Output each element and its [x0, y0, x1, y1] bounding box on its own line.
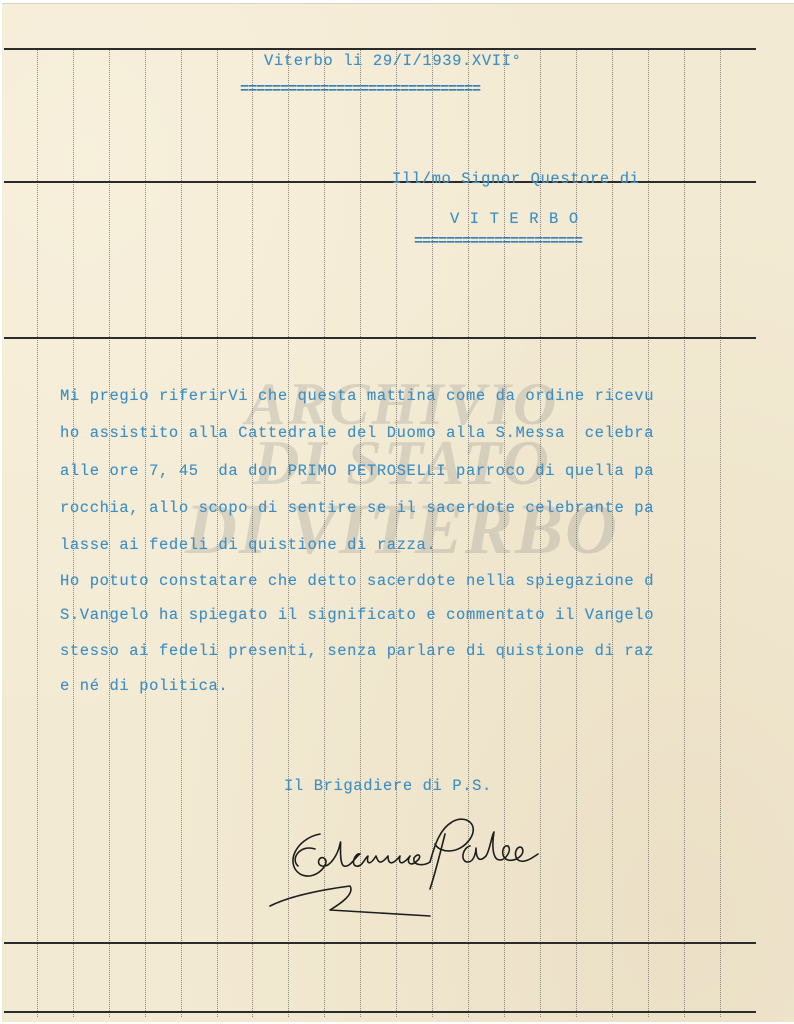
horizontal-rule: [4, 181, 756, 183]
document-page: ARCHIVIO DI STATO DI VITERBO Viterbo li …: [2, 3, 794, 1022]
body-line: lasse ai fedeli di quistione di razza.: [60, 536, 436, 554]
addressee-underline: =====================: [414, 233, 582, 250]
body-line: Ho potuto constatare che detto sacerdote…: [60, 572, 654, 590]
body-line: stesso ai fedeli presenti, senza parlare…: [60, 642, 654, 660]
handwritten-signature: [260, 804, 620, 954]
body-line: S.Vangelo ha spiegato il significato e c…: [60, 606, 654, 624]
horizontal-rule: [4, 1011, 756, 1013]
date-line: Viterbo li 29/I/1939.XVII°: [264, 52, 521, 70]
addressee-line-1: Ill/mo Signor Questore di: [392, 170, 640, 188]
horizontal-rule: [4, 48, 756, 50]
body-line: rocchia, allo scopo di sentire se il sac…: [60, 499, 654, 517]
horizontal-rule: [4, 337, 756, 339]
date-underline: ==============================: [240, 81, 480, 98]
addressee-city: V I T E R B O: [450, 210, 579, 228]
body-line: e né di politica.: [60, 677, 228, 695]
body-line: Mi pregio riferirVi che questa mattina c…: [60, 387, 654, 405]
body-line: alle ore 7, 45 da don PRIMO PETROSELLI p…: [60, 462, 654, 480]
vertical-rule: [37, 49, 38, 1017]
signatory-title: Il Brigadiere di P.S.: [284, 777, 492, 795]
body-line: ho assistito alla Cattedrale del Duomo a…: [60, 424, 654, 442]
